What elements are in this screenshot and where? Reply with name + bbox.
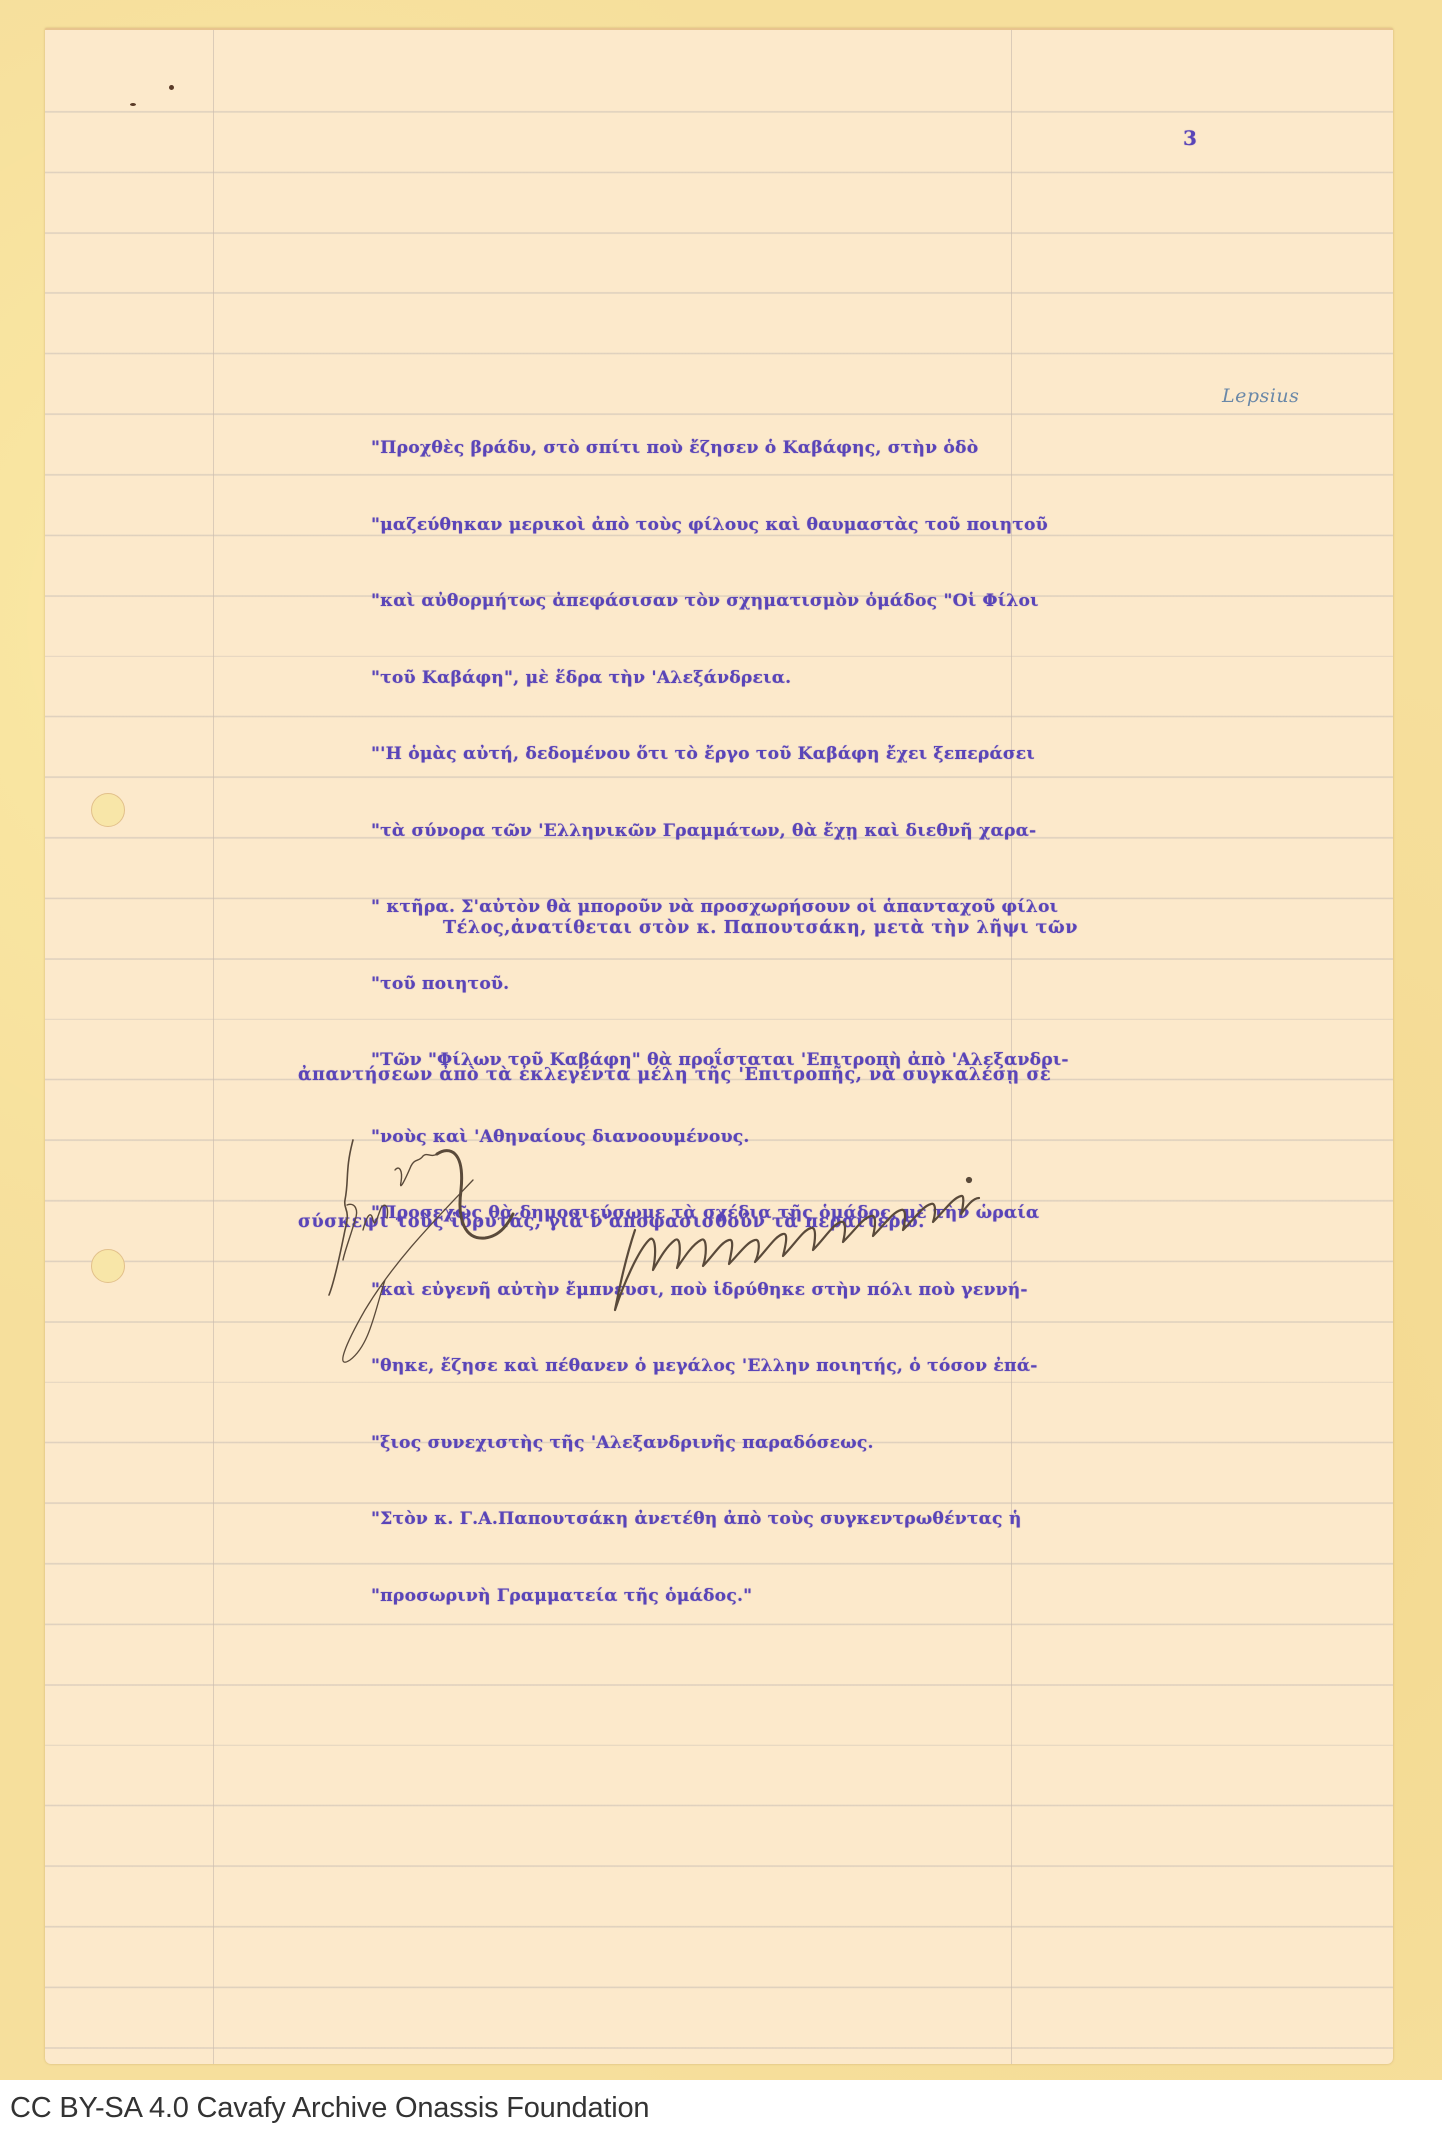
page-number: 3 <box>1183 126 1197 150</box>
document-page: 3 "Προχθὲς βράδυ, στὸ σπίτι ποὺ ἔζησεν ὁ… <box>45 28 1393 2064</box>
left-margin-rule <box>213 30 214 2064</box>
quote-line: "τοῦ Καβάφη", μὲ ἕδρα τὴν 'Αλεξάνδρεια. <box>371 666 1069 692</box>
quote-line: "προσωρινὴ Γραμματεία τῆς ὁμάδος." <box>371 1584 1069 1610</box>
license-credit: CC BY-SA 4.0 Cavafy Archive Onassis Foun… <box>10 2092 649 2125</box>
scan-background: 3 "Προχθὲς βράδυ, στὸ σπίτι ποὺ ἔζησεν ὁ… <box>0 0 1442 2080</box>
paragraph-line: ἀπαντήσεων ἀπὸ τὰ ἐκλεγέντα μέλη τῆς 'Επ… <box>298 1051 1078 1100</box>
quote-line: "Προχθὲς βράδυ, στὸ σπίτι ποὺ ἔζησεν ὁ Κ… <box>371 436 1069 462</box>
handwritten-annotation: Lepsius <box>1222 385 1299 407</box>
quote-line: "μαζεύθηκαν μερικοὶ ἀπὸ τοὺς φίλους καὶ … <box>371 513 1069 539</box>
ink-speck <box>169 85 174 90</box>
quote-line: "καὶ αὐθορμήτως ἀπεφάσισαν τὸν σχηματισμ… <box>371 589 1069 615</box>
quote-line: "ξιος συνεχιστὴς τῆς 'Αλεξανδρινῆς παραδ… <box>371 1431 1069 1457</box>
paragraph-line: Τέλος,ἀνατίθεται στὸν κ. Παπουτσάκη, μετ… <box>298 904 1078 953</box>
punch-hole-bottom <box>91 1249 125 1283</box>
footer: CC BY-SA 4.0 Cavafy Archive Onassis Foun… <box>0 2080 1442 2142</box>
ink-speck <box>130 103 136 106</box>
signature-1 <box>315 1110 575 1370</box>
quote-line: "Στὸν κ. Γ.Α.Παπουτσάκη ἀνετέθη ἀπὸ τοὺς… <box>371 1507 1069 1533</box>
punch-hole-top <box>91 793 125 827</box>
signature-2 <box>605 1170 1145 1340</box>
quote-line: "'Η ὁμὰς αὐτή, δεδομένου ὅτι τὸ ἔργο τοῦ… <box>371 742 1069 768</box>
